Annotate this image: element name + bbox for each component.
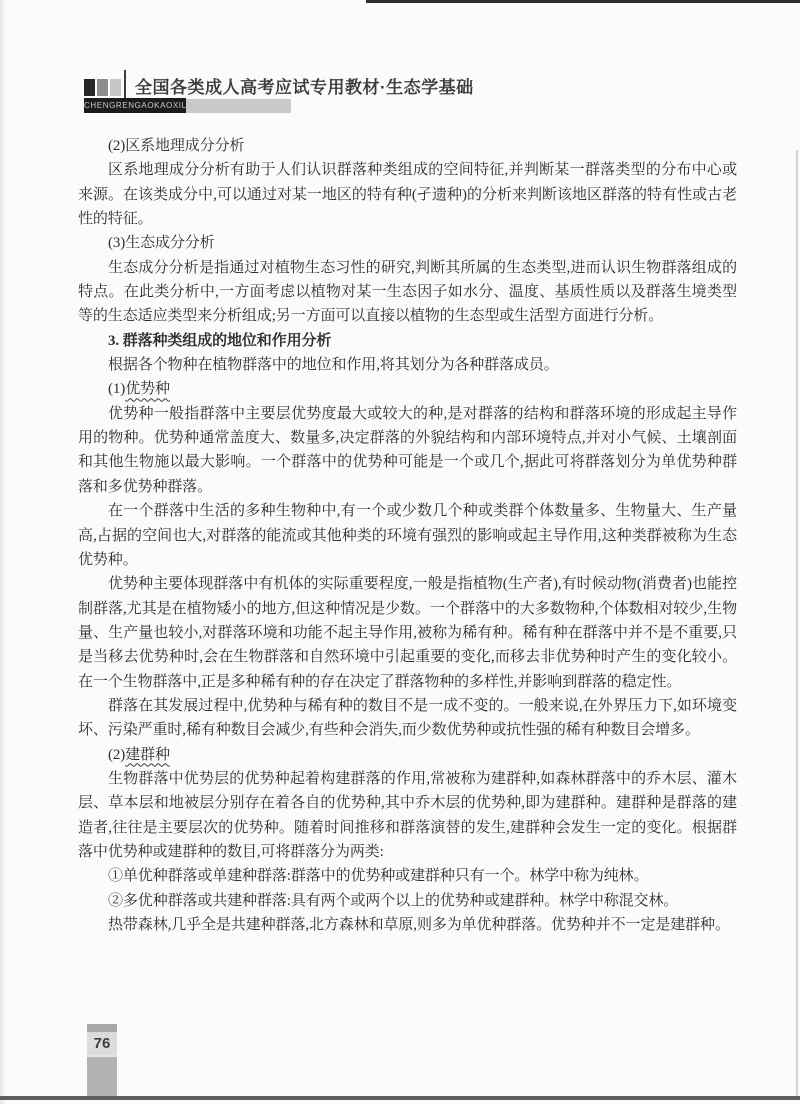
paragraph: 根据各个物种在植物群落中的地位和作用,将其划分为各种群落成员。 (78, 353, 737, 377)
list-item: ①单优种群落或单建种群落:群落中的优势种或建群种只有一个。林学中称为纯林。 (78, 864, 737, 888)
scan-edge-right (796, 150, 798, 1096)
term-heading: (2)建群种 (78, 743, 737, 767)
header-divider (124, 70, 126, 99)
paragraph: 生物群落中优势层的优势种起着构建群落的作用,常被称为建群种,如森林群落中的乔木层… (78, 767, 737, 864)
page-bottom-rule (0, 1096, 800, 1100)
section-subheading: (2)区系地理成分分析 (78, 134, 737, 158)
logo-squares-icon (84, 79, 121, 96)
section-subheading: (3)生态成分分析 (78, 231, 737, 255)
series-label: CHENGRENGAOKAOXILIE (84, 98, 186, 113)
numbered-heading: 3. 群落种类组成的地位和作用分析 (78, 329, 737, 353)
paragraph: 优势种一般指群落中主要层优势度最大或较大的种,是对群落的结构和群落环境的形成起主… (78, 402, 737, 499)
scan-edge-top (366, 0, 800, 3)
paragraph: 群落在其发展过程中,优势种与稀有种的数目不是一成不变的。一般来说,在外界压力下,… (78, 694, 737, 743)
paragraph: 生态成分分析是指通过对植物生态习性的研究,判断其所属的生态类型,进而认识生物群落… (78, 256, 737, 329)
term-prefix: (2) (108, 747, 125, 763)
term-prefix: (1) (108, 381, 125, 397)
series-bar-ghost (184, 99, 291, 113)
paragraph: 热带森林,几乎全是共建种群落,北方森林和草原,则多为单优种群落。优势种并不一定是… (78, 913, 737, 937)
page-number: 76 (87, 1033, 117, 1057)
term-text: 建群种 (125, 747, 170, 763)
text-column: (2)区系地理成分分析 区系地理成分分析有助于人们认识群落种类组成的空间特征,并… (78, 134, 737, 937)
term-text: 优势种 (125, 381, 170, 397)
scan-edge-left (0, 0, 6, 1104)
paragraph: 优势种主要体现群落中有机体的实际重要程度,一般是指植物(生产者),有时候动物(消… (78, 572, 737, 694)
book-title: 全国各类成人高考应试专用教材·生态学基础 (135, 73, 474, 98)
list-item: ②多优种群落或共建种群落:具有两个或两个以上的优势种或建群种。林学中称混交林。 (78, 889, 737, 913)
paragraph: 在一个群落中生活的多种生物种中,有一个或少数几个种或类群个体数量多、生物量大、生… (78, 499, 737, 572)
page-tab-cap (87, 1024, 117, 1033)
paragraph: 区系地理成分分析有助于人们认识群落种类组成的空间特征,并判断某一群落类型的分布中… (78, 158, 737, 231)
page-number-tab: 76 (87, 1024, 117, 1096)
term-heading: (1)优势种 (78, 377, 737, 401)
